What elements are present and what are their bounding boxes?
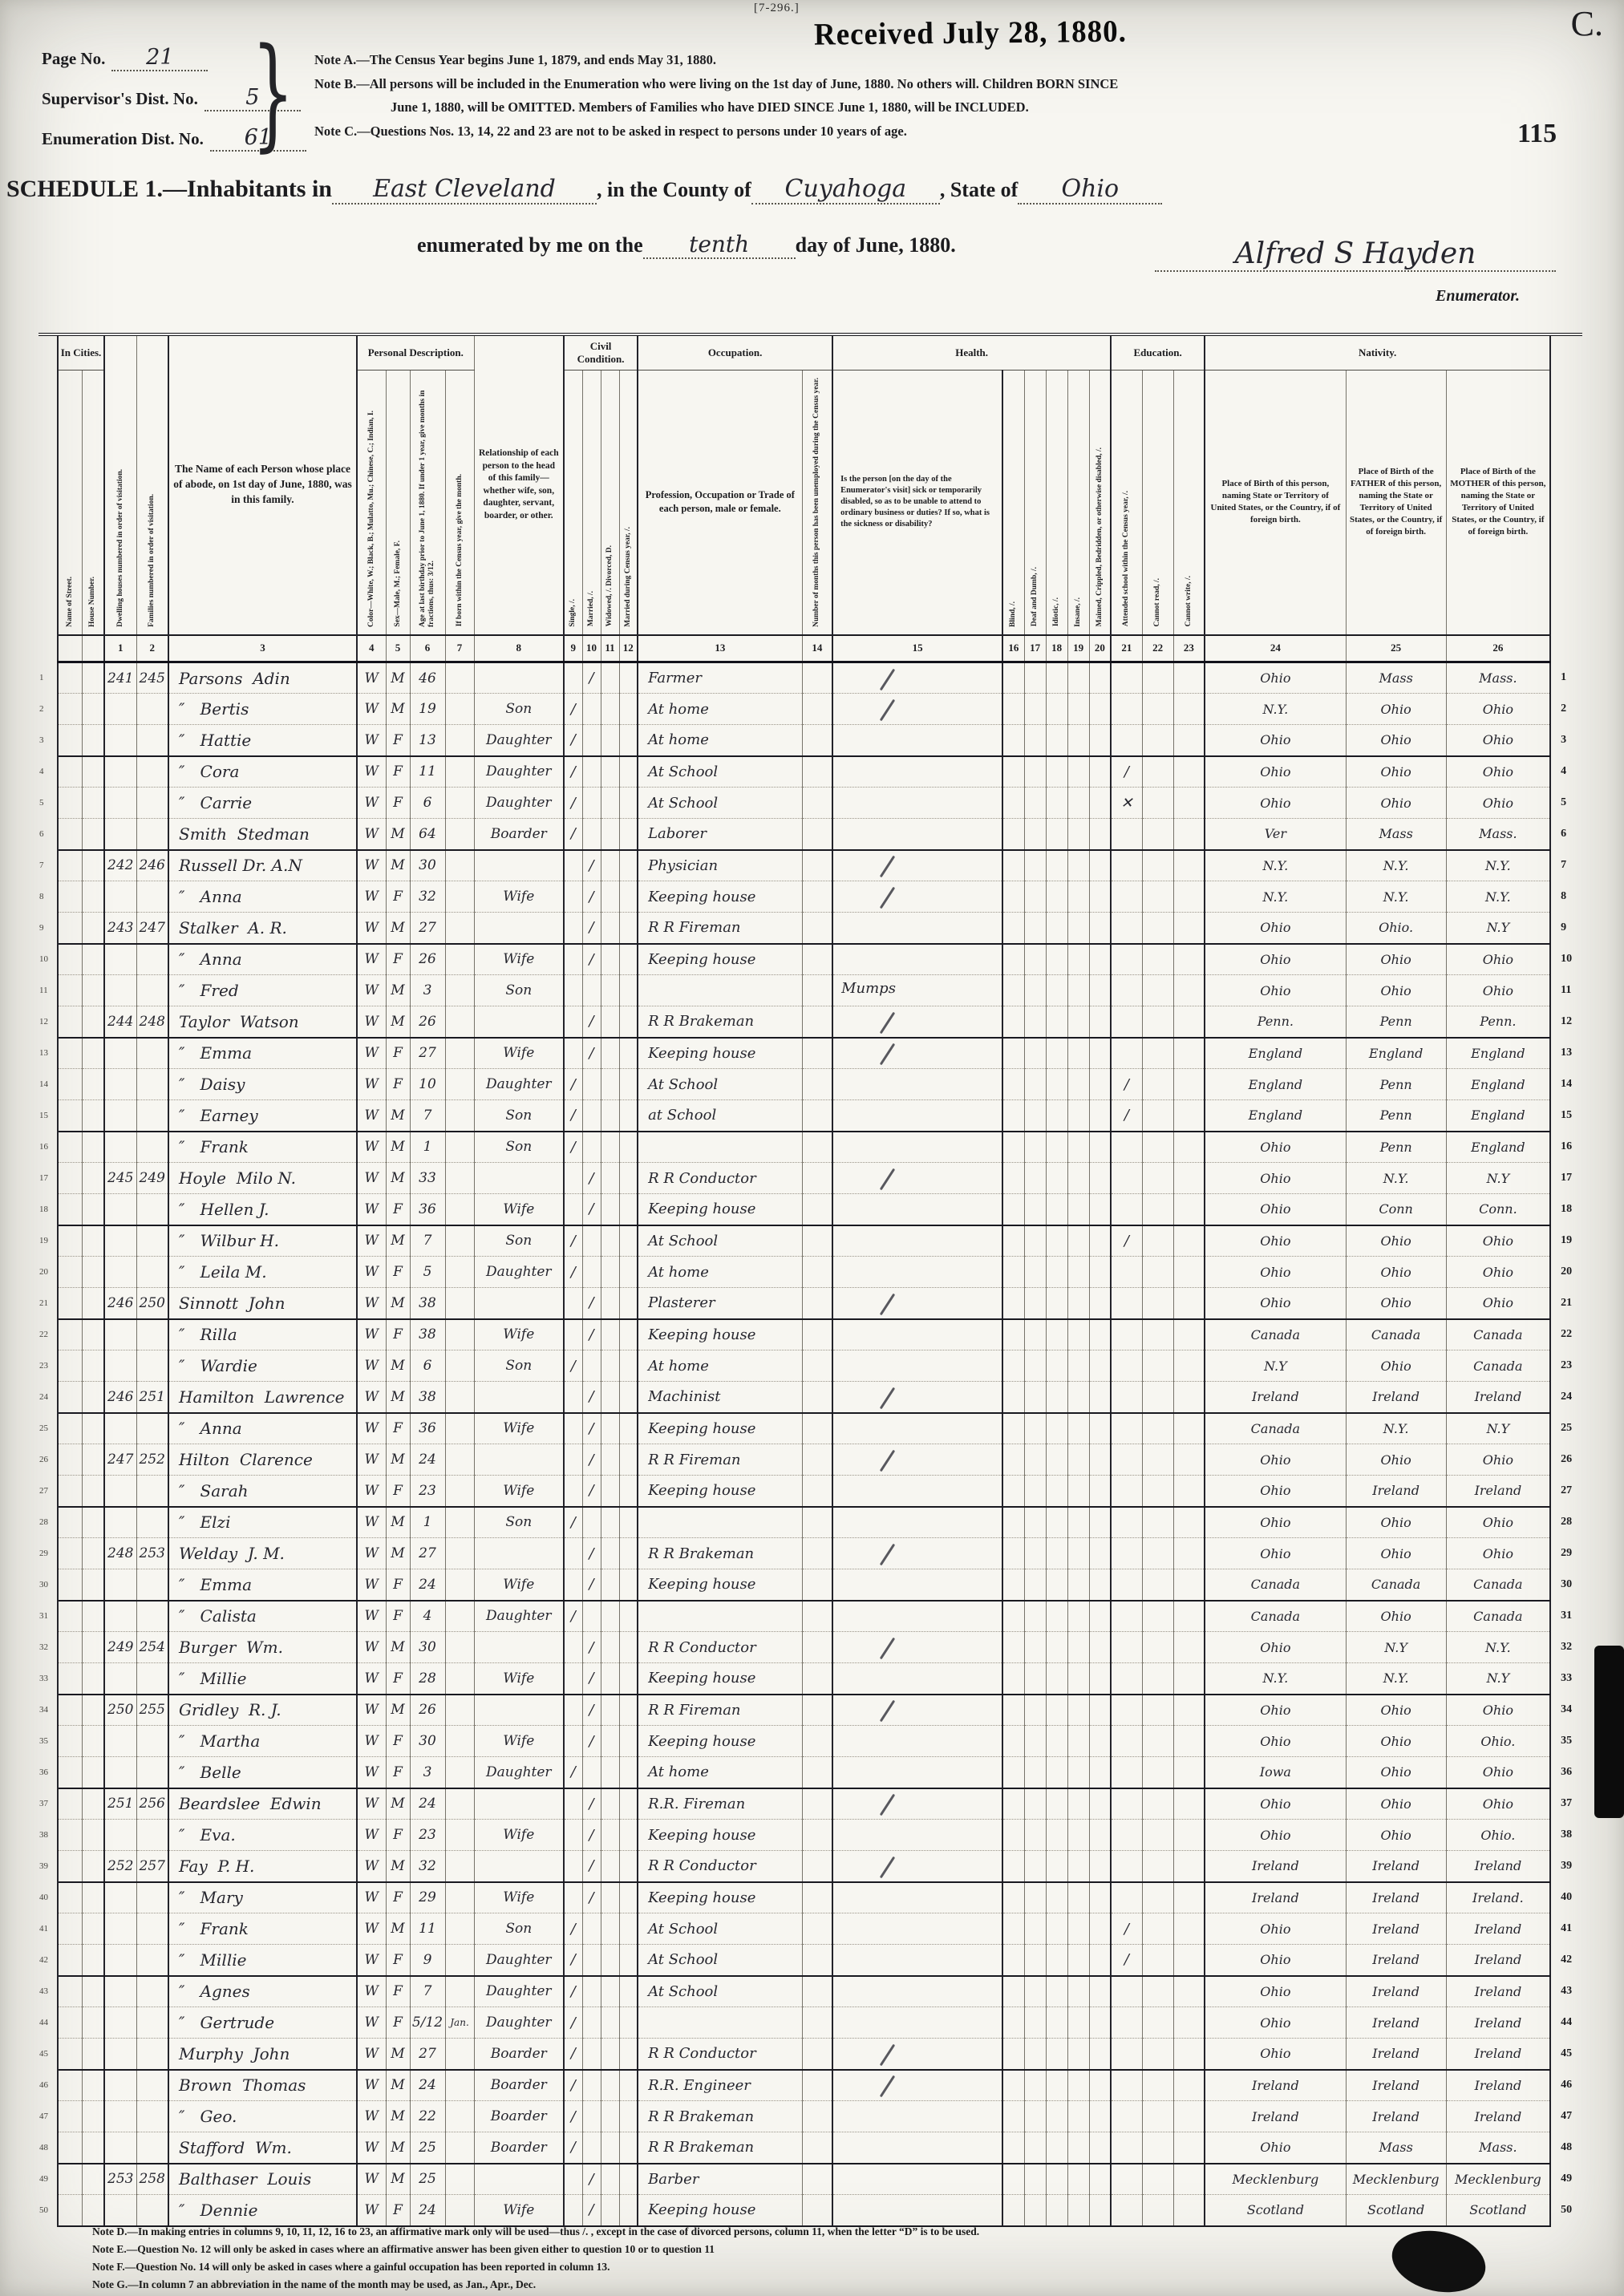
cell-family-number: 258 <box>136 2164 168 2195</box>
col-number: 22 <box>1142 635 1173 662</box>
cell-street <box>58 1945 82 1976</box>
cell-cannot-write-mark <box>1173 1069 1205 1100</box>
line-number-left: 15 <box>38 1100 58 1132</box>
col-number: 25 <box>1346 635 1446 662</box>
col-name-header: The Name of each Person whose place of a… <box>168 334 357 635</box>
cell-relationship <box>474 1851 564 1882</box>
cell-street <box>58 913 82 944</box>
cell-occupation: R R Brakeman <box>638 1538 802 1569</box>
cell-sickness <box>832 1882 1002 1913</box>
cell-single-mark <box>564 1726 582 1757</box>
cell-maimed-mark <box>1089 1945 1111 1976</box>
cell-attended-school-mark <box>1111 1632 1142 1663</box>
cell-father-birthplace: Ohio <box>1346 1757 1446 1788</box>
cell-dwelling-number <box>104 1319 136 1350</box>
cell-person-name: Balthaser Louis <box>168 2164 357 2195</box>
cell-months-unemployed <box>802 1632 832 1663</box>
cell-age: 13 <box>410 725 445 756</box>
cell-widowed-mark <box>601 1569 619 1601</box>
cell-widowed-mark <box>601 1913 619 1945</box>
cell-single-mark <box>564 662 582 694</box>
cell-sex: F <box>386 1569 410 1601</box>
cell-cannot-write-mark <box>1173 944 1205 975</box>
cell-month-born <box>445 788 474 819</box>
cell-person-name: Stalker A. R. <box>168 913 357 944</box>
cell-relationship: Son <box>474 1350 564 1382</box>
line-number-right: 5 <box>1550 788 1582 819</box>
cell-maimed-mark <box>1089 1569 1111 1601</box>
cell-cannot-read-mark <box>1142 788 1173 819</box>
cell-street <box>58 1476 82 1507</box>
cell-occupation: Plasterer <box>638 1288 802 1319</box>
col-sex-header: Sex—Male, M.; Female, F. <box>386 370 410 635</box>
cell-age: 11 <box>410 1913 445 1945</box>
cell-father-birthplace: Ireland <box>1346 1913 1446 1945</box>
cell-attended-school-mark: / <box>1111 1945 1142 1976</box>
cell-idiotic-mark <box>1046 1820 1067 1851</box>
cell-father-birthplace: N.Y. <box>1346 1413 1446 1444</box>
cell-color: W <box>357 944 386 975</box>
cell-attended-school-mark <box>1111 1132 1142 1163</box>
cell-married-mark: / <box>582 1413 601 1444</box>
cell-sickness <box>832 1444 1002 1476</box>
cell-cannot-write-mark <box>1173 1163 1205 1194</box>
cell-mother-birthplace: N.Y <box>1446 1413 1550 1444</box>
cell-widowed-mark <box>601 1632 619 1663</box>
cell-relationship: Wife <box>474 1882 564 1913</box>
cell-cannot-write-mark <box>1173 1382 1205 1413</box>
cell-mother-birthplace: England <box>1446 1100 1550 1132</box>
cell-sex: M <box>386 1225 410 1257</box>
table-row: 22 ″ Rilla W F 38 Wife / Keeping house <box>38 1319 1582 1350</box>
cell-occupation: R R Fireman <box>638 913 802 944</box>
line-number-left: 42 <box>38 1945 58 1976</box>
cell-occupation <box>638 1132 802 1163</box>
col-number: 1 <box>104 635 136 662</box>
cell-married-in-year-mark <box>619 1882 638 1913</box>
cell-occupation <box>638 1507 802 1538</box>
cell-sickness <box>832 1601 1002 1632</box>
enumerated-suffix: day of June, 1880. <box>796 233 956 257</box>
cell-age: 24 <box>410 1569 445 1601</box>
cell-maimed-mark <box>1089 756 1111 788</box>
line-number-right: 4 <box>1550 756 1582 788</box>
cell-single-mark: / <box>564 2007 582 2039</box>
cell-months-unemployed <box>802 1663 832 1695</box>
cell-maimed-mark <box>1089 1350 1111 1382</box>
cell-blind-mark <box>1002 1882 1024 1913</box>
cell-relationship: Wife <box>474 1569 564 1601</box>
cell-married-in-year-mark <box>619 1288 638 1319</box>
cell-married-mark <box>582 788 601 819</box>
cell-family-number <box>136 944 168 975</box>
cell-father-birthplace: Ireland <box>1346 1882 1446 1913</box>
cell-father-birthplace: Penn <box>1346 1069 1446 1100</box>
col-house-number-header: House Number. <box>82 370 104 635</box>
cell-married-mark: / <box>582 1695 601 1726</box>
cell-attended-school-mark <box>1111 881 1142 913</box>
cell-dwelling-number <box>104 1820 136 1851</box>
cell-attended-school-mark <box>1111 662 1142 694</box>
cell-relationship: Daughter <box>474 756 564 788</box>
cell-relationship: Daughter <box>474 788 564 819</box>
line-number-right: 37 <box>1550 1788 1582 1820</box>
cell-occupation <box>638 975 802 1006</box>
cell-birthplace: Ohio <box>1205 1976 1346 2007</box>
cell-deaf-dumb-mark <box>1024 1757 1046 1788</box>
cell-relationship <box>474 1163 564 1194</box>
cell-mother-birthplace: Ireland <box>1446 2007 1550 2039</box>
cell-dwelling-number <box>104 975 136 1006</box>
cell-deaf-dumb-mark <box>1024 1069 1046 1100</box>
cell-maimed-mark <box>1089 2164 1111 2195</box>
line-number-right: 39 <box>1550 1851 1582 1882</box>
line-number-right: 36 <box>1550 1757 1582 1788</box>
cell-idiotic-mark <box>1046 1945 1067 1976</box>
cell-insane-mark <box>1067 1194 1089 1225</box>
col-number <box>58 635 82 662</box>
check-flourish <box>880 856 895 878</box>
cell-single-mark: / <box>564 1913 582 1945</box>
cell-sickness: Mumps <box>832 975 1002 1006</box>
table-row: 49 253 258 Balthaser Louis W M 25 / Barb… <box>38 2164 1582 2195</box>
cell-father-birthplace: N.Y. <box>1346 1663 1446 1695</box>
cell-attended-school-mark <box>1111 1288 1142 1319</box>
cell-house-number <box>82 1006 104 1038</box>
cell-cannot-write-mark <box>1173 756 1205 788</box>
cell-street <box>58 725 82 756</box>
cell-cannot-read-mark <box>1142 1382 1173 1413</box>
table-row: 7 242 246 Russell Dr. A.N W M 30 / Physi… <box>38 850 1582 881</box>
cell-single-mark: / <box>564 788 582 819</box>
cell-dwelling-number <box>104 1476 136 1507</box>
cell-house-number <box>82 1601 104 1632</box>
cell-sex: M <box>386 1100 410 1132</box>
cell-age: 4 <box>410 1601 445 1632</box>
cell-relationship: Daughter <box>474 1601 564 1632</box>
cell-sex: F <box>386 881 410 913</box>
census-table: In Cities. Dwelling houses numbered in o… <box>38 333 1582 2227</box>
cell-mother-birthplace: Mass. <box>1446 662 1550 694</box>
cell-occupation: R R Conductor <box>638 2039 802 2070</box>
cell-cannot-read-mark <box>1142 1069 1173 1100</box>
cell-sex: F <box>386 1726 410 1757</box>
col-number: 15 <box>832 635 1002 662</box>
line-number-left: 2 <box>38 694 58 725</box>
cell-occupation: R R Fireman <box>638 1444 802 1476</box>
cell-months-unemployed <box>802 1038 832 1069</box>
cell-month-born <box>445 1695 474 1726</box>
cell-age: 1 <box>410 1507 445 1538</box>
cell-dwelling-number <box>104 1413 136 1444</box>
cell-occupation: Keeping house <box>638 1726 802 1757</box>
cell-month-born <box>445 975 474 1006</box>
line-number-left: 44 <box>38 2007 58 2039</box>
cell-relationship: Wife <box>474 1319 564 1350</box>
scan-artifact-right <box>1594 1646 1624 1818</box>
cell-month-born <box>445 1788 474 1820</box>
cell-attended-school-mark: / <box>1111 1913 1142 1945</box>
cell-married-in-year-mark <box>619 1319 638 1350</box>
cell-birthplace: Ohio <box>1205 725 1346 756</box>
table-row: 15 ″ Earney W M 7 Son / at School / <box>38 1100 1582 1132</box>
cell-father-birthplace: Ohio <box>1346 1820 1446 1851</box>
cell-father-birthplace: Ohio <box>1346 1695 1446 1726</box>
cell-month-born <box>445 1006 474 1038</box>
cell-age: 32 <box>410 881 445 913</box>
cell-month-born <box>445 913 474 944</box>
cell-months-unemployed <box>802 1194 832 1225</box>
cell-single-mark: / <box>564 2039 582 2070</box>
cell-cannot-read-mark <box>1142 881 1173 913</box>
cell-sex: M <box>386 2164 410 2195</box>
line-number-right: 48 <box>1550 2132 1582 2164</box>
cell-maimed-mark <box>1089 881 1111 913</box>
cell-relationship: Daughter <box>474 725 564 756</box>
col-number: 13 <box>638 635 802 662</box>
cell-cannot-write-mark <box>1173 1288 1205 1319</box>
cell-cannot-write-mark <box>1173 1257 1205 1288</box>
cell-attended-school-mark <box>1111 725 1142 756</box>
note-g: Note G.—In column 7 an abbreviation in t… <box>92 2276 1528 2294</box>
schedule-title-line: SCHEDULE 1.—Inhabitants in East Clevelan… <box>6 175 1618 204</box>
cell-color: W <box>357 2070 386 2101</box>
cell-house-number <box>82 1319 104 1350</box>
cell-age: 33 <box>410 1163 445 1194</box>
cell-family-number <box>136 2195 168 2226</box>
line-number-left: 39 <box>38 1851 58 1882</box>
table-row: 20 ″ Leila M. W F 5 Daughter / At home <box>38 1257 1582 1288</box>
cell-color: W <box>357 1851 386 1882</box>
col-birthplace-header: Place of Birth of this person, naming St… <box>1205 370 1346 635</box>
cell-attended-school-mark: / <box>1111 1069 1142 1100</box>
cell-cannot-write-mark <box>1173 1976 1205 2007</box>
cell-birthplace: Scotland <box>1205 2195 1346 2226</box>
cell-street <box>58 1913 82 1945</box>
cell-months-unemployed <box>802 881 832 913</box>
cell-deaf-dumb-mark <box>1024 2195 1046 2226</box>
cell-family-number <box>136 1726 168 1757</box>
group-education: Education. <box>1111 334 1205 370</box>
line-number-right: 2 <box>1550 694 1582 725</box>
cell-mother-birthplace: Ohio. <box>1446 1820 1550 1851</box>
cell-father-birthplace: Ohio <box>1346 944 1446 975</box>
cell-occupation: R R Brakeman <box>638 2101 802 2132</box>
cell-relationship: Wife <box>474 1726 564 1757</box>
cell-occupation: Keeping house <box>638 1882 802 1913</box>
cell-relationship: Daughter <box>474 2007 564 2039</box>
cell-relationship: Boarder <box>474 2039 564 2070</box>
page-number-stamp: 115 <box>1517 119 1557 149</box>
cell-dwelling-number <box>104 1132 136 1163</box>
cell-married-mark <box>582 1132 601 1163</box>
cell-married-in-year-mark <box>619 1663 638 1695</box>
cell-person-name: Burger Wm. <box>168 1632 357 1663</box>
cell-street <box>58 788 82 819</box>
line-number-left: 27 <box>38 1476 58 1507</box>
cell-person-name: Hamilton Lawrence <box>168 1382 357 1413</box>
cell-mother-birthplace: Ohio <box>1446 1538 1550 1569</box>
cell-insane-mark <box>1067 2164 1089 2195</box>
cell-attended-school-mark <box>1111 1444 1142 1476</box>
cell-birthplace: Ireland <box>1205 1382 1346 1413</box>
cell-month-born <box>445 1382 474 1413</box>
cell-widowed-mark <box>601 1350 619 1382</box>
cell-dwelling-number: 242 <box>104 850 136 881</box>
cell-deaf-dumb-mark <box>1024 819 1046 850</box>
cell-occupation: R.R. Fireman <box>638 1788 802 1820</box>
cell-color: W <box>357 1225 386 1257</box>
cell-married-mark <box>582 2101 601 2132</box>
cell-sickness <box>832 725 1002 756</box>
cell-blind-mark <box>1002 756 1024 788</box>
line-number-left: 43 <box>38 1976 58 2007</box>
cell-mother-birthplace: Conn. <box>1446 1194 1550 1225</box>
cell-occupation: Keeping house <box>638 1194 802 1225</box>
cell-maimed-mark <box>1089 1476 1111 1507</box>
check-flourish <box>880 1544 895 1566</box>
cell-family-number <box>136 1319 168 1350</box>
cell-color: W <box>357 1319 386 1350</box>
cell-mother-birthplace: Ohio <box>1446 1757 1550 1788</box>
line-number-right: 43 <box>1550 1976 1582 2007</box>
cell-sickness <box>832 1757 1002 1788</box>
cell-mother-birthplace: Mass. <box>1446 2132 1550 2164</box>
cell-family-number <box>136 1945 168 1976</box>
cell-sickness <box>832 1288 1002 1319</box>
cell-father-birthplace: Mecklenburg <box>1346 2164 1446 2195</box>
cell-mother-birthplace: N.Y. <box>1446 850 1550 881</box>
cell-cannot-read-mark <box>1142 1288 1173 1319</box>
cell-cannot-write-mark <box>1173 2007 1205 2039</box>
received-stamp: Received July 28, 1880. <box>814 14 1127 53</box>
cell-month-born <box>445 756 474 788</box>
cell-color: W <box>357 1350 386 1382</box>
cell-blind-mark <box>1002 1695 1024 1726</box>
cell-occupation: R R Conductor <box>638 1632 802 1663</box>
cell-married-mark: / <box>582 944 601 975</box>
cell-blind-mark <box>1002 850 1024 881</box>
cell-cannot-read-mark <box>1142 2164 1173 2195</box>
cell-mother-birthplace: N.Y. <box>1446 1632 1550 1663</box>
cell-birthplace: Ohio <box>1205 1632 1346 1663</box>
cell-birthplace: England <box>1205 1038 1346 1069</box>
cell-months-unemployed <box>802 1820 832 1851</box>
cell-relationship: Son <box>474 1100 564 1132</box>
cell-person-name: ″ Earney <box>168 1100 357 1132</box>
table-row: 23 ″ Wardie W M 6 Son / At home <box>38 1350 1582 1382</box>
cell-person-name: ″ Anna <box>168 944 357 975</box>
cell-street <box>58 1538 82 1569</box>
cell-cannot-write-mark <box>1173 975 1205 1006</box>
state-label: , State of <box>940 178 1018 202</box>
table-row: 26 247 252 Hilton Clarence W M 24 / R R … <box>38 1444 1582 1476</box>
cell-house-number <box>82 1882 104 1913</box>
cell-deaf-dumb-mark <box>1024 1820 1046 1851</box>
cell-age: 38 <box>410 1319 445 1350</box>
cell-father-birthplace: Conn <box>1346 1194 1446 1225</box>
cell-birthplace: Ireland <box>1205 2101 1346 2132</box>
cell-person-name: ″ Bertis <box>168 694 357 725</box>
cell-attended-school-mark <box>1111 694 1142 725</box>
cell-single-mark <box>564 913 582 944</box>
cell-maimed-mark <box>1089 1319 1111 1350</box>
cell-house-number <box>82 1632 104 1663</box>
cell-widowed-mark <box>601 2195 619 2226</box>
line-number-left: 36 <box>38 1757 58 1788</box>
cell-birthplace: N.Y. <box>1205 881 1346 913</box>
cell-married-mark: / <box>582 913 601 944</box>
cell-married-mark: / <box>582 662 601 694</box>
cell-single-mark <box>564 1038 582 1069</box>
cell-single-mark: / <box>564 1350 582 1382</box>
cell-months-unemployed <box>802 2070 832 2101</box>
cell-attended-school-mark <box>1111 2039 1142 2070</box>
cell-deaf-dumb-mark <box>1024 1851 1046 1882</box>
cell-months-unemployed <box>802 1476 832 1507</box>
cell-street <box>58 1350 82 1382</box>
cell-cannot-read-mark <box>1142 1538 1173 1569</box>
cell-married-mark: / <box>582 1006 601 1038</box>
cell-widowed-mark <box>601 913 619 944</box>
cell-sickness <box>832 1132 1002 1163</box>
cell-maimed-mark <box>1089 975 1111 1006</box>
cell-family-number <box>136 1225 168 1257</box>
cell-relationship: Wife <box>474 1194 564 1225</box>
cell-cannot-read-mark <box>1142 662 1173 694</box>
cell-dwelling-number <box>104 819 136 850</box>
cell-idiotic-mark <box>1046 1444 1067 1476</box>
cell-insane-mark <box>1067 2101 1089 2132</box>
cell-cannot-read-mark <box>1142 1257 1173 1288</box>
cell-birthplace: Ireland <box>1205 1882 1346 1913</box>
check-flourish <box>880 1450 895 1472</box>
cell-sickness <box>832 944 1002 975</box>
cell-month-born <box>445 819 474 850</box>
cell-cannot-read-mark <box>1142 1225 1173 1257</box>
cell-cannot-read-mark <box>1142 1413 1173 1444</box>
cell-month-born <box>445 662 474 694</box>
cell-months-unemployed <box>802 1757 832 1788</box>
cell-cannot-write-mark <box>1173 1945 1205 1976</box>
cell-sex: M <box>386 850 410 881</box>
cell-father-birthplace: Ireland <box>1346 1851 1446 1882</box>
cell-sickness <box>832 1507 1002 1538</box>
cell-insane-mark <box>1067 1601 1089 1632</box>
cell-deaf-dumb-mark <box>1024 1538 1046 1569</box>
cell-months-unemployed <box>802 1726 832 1757</box>
cell-relationship <box>474 2164 564 2195</box>
cell-attended-school-mark <box>1111 1194 1142 1225</box>
cell-dwelling-number: 248 <box>104 1538 136 1569</box>
cell-relationship: Wife <box>474 2195 564 2226</box>
cell-deaf-dumb-mark <box>1024 1163 1046 1194</box>
cell-maimed-mark <box>1089 694 1111 725</box>
cell-dwelling-number: 245 <box>104 1163 136 1194</box>
cell-father-birthplace: Ohio <box>1346 1601 1446 1632</box>
line-number-left: 40 <box>38 1882 58 1913</box>
cell-color: W <box>357 2007 386 2039</box>
cell-cannot-read-mark <box>1142 2007 1173 2039</box>
col-dwelling-header: Dwelling houses numbered in order of vis… <box>104 334 136 635</box>
cell-widowed-mark <box>601 1319 619 1350</box>
cell-month-born <box>445 2164 474 2195</box>
cell-father-birthplace: Ohio <box>1346 1538 1446 1569</box>
cell-insane-mark <box>1067 1163 1089 1194</box>
cell-cannot-read-mark <box>1142 2195 1173 2226</box>
cell-deaf-dumb-mark <box>1024 1632 1046 1663</box>
cell-month-born <box>445 1945 474 1976</box>
